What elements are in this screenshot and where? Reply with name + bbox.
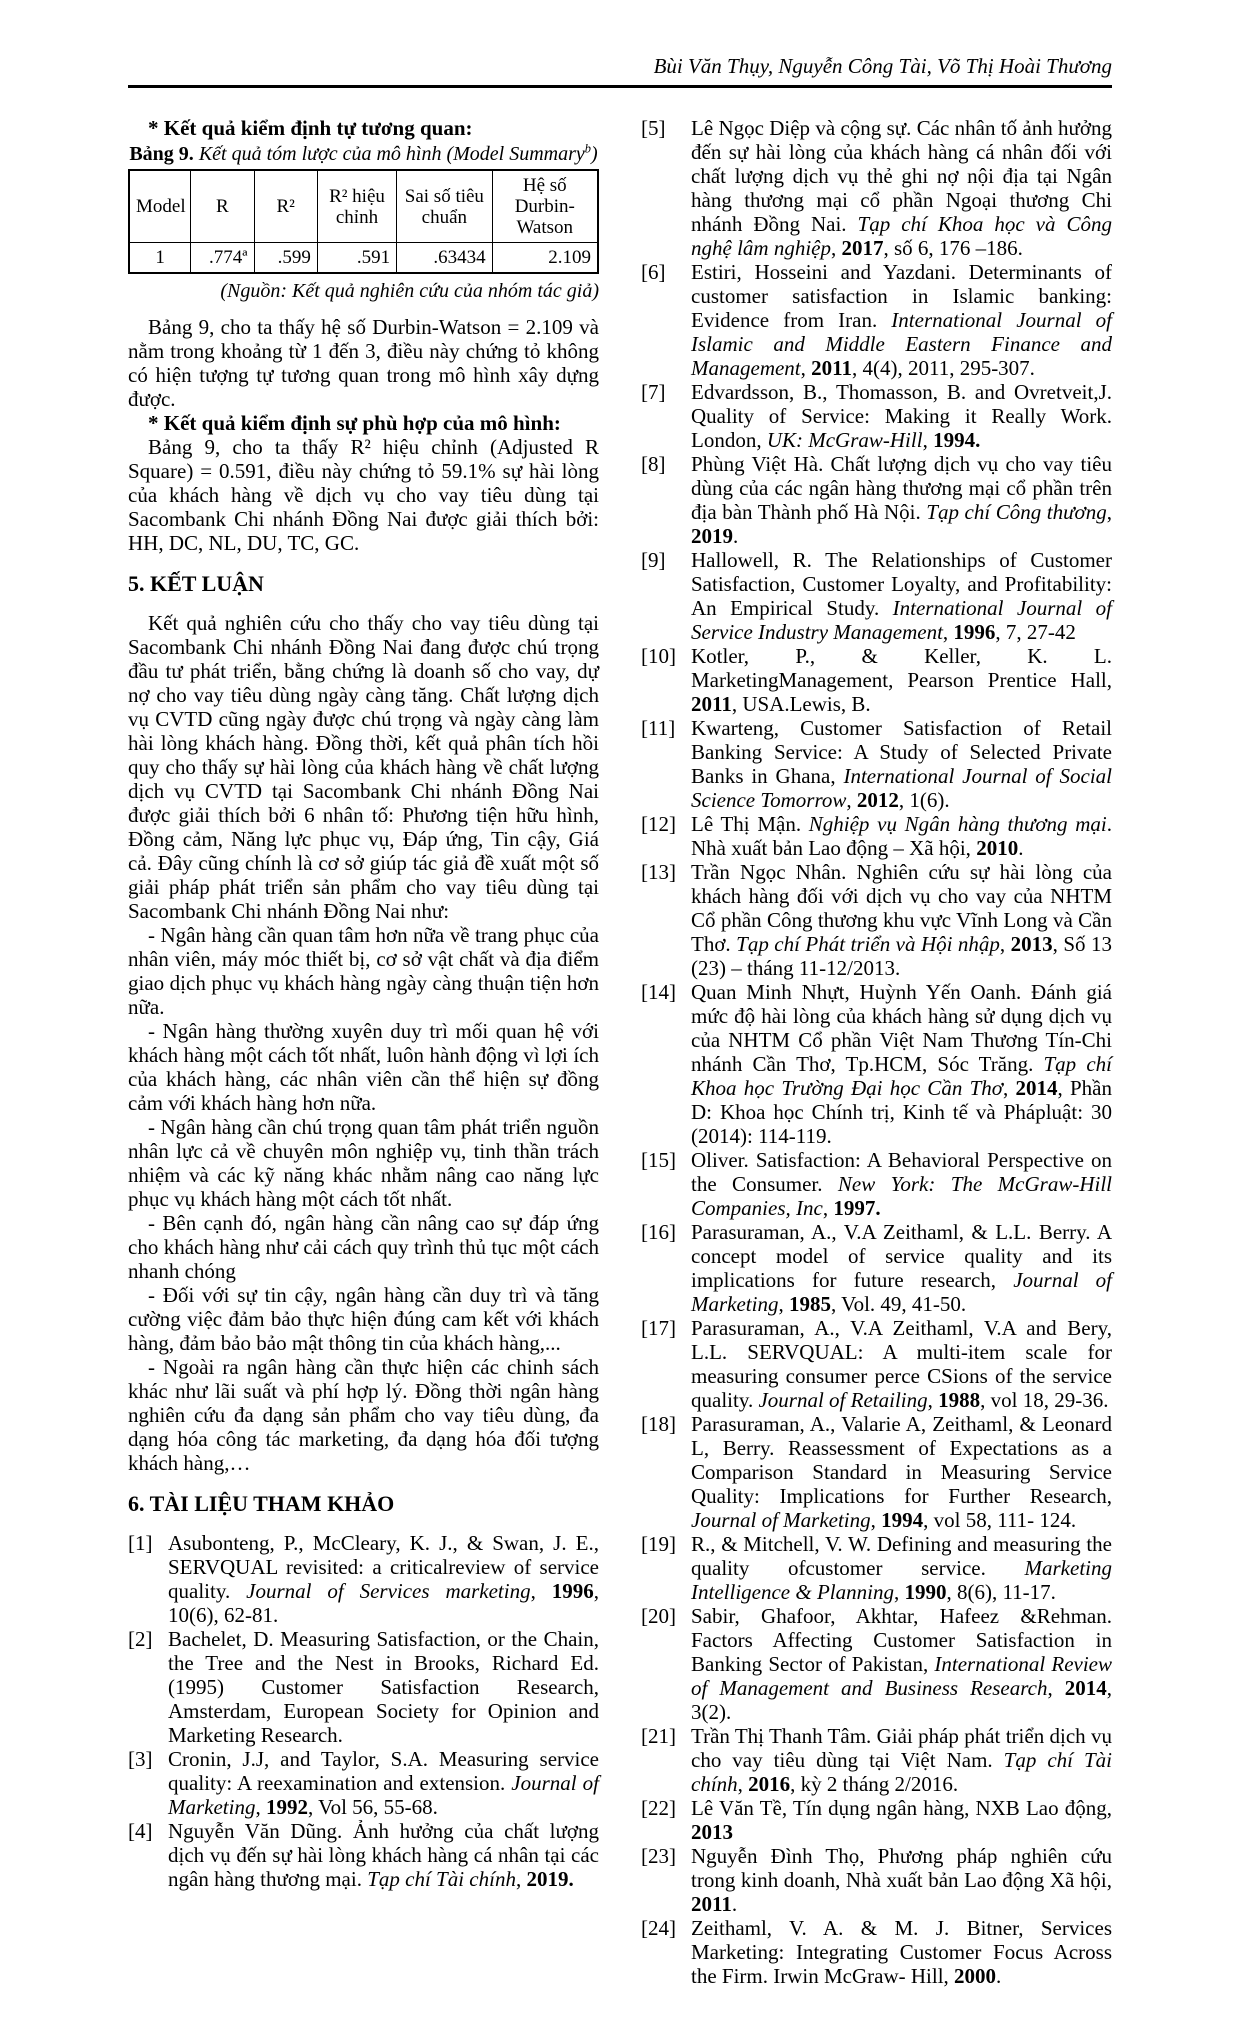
reference-text: Quan Minh Nhựt, Huỳnh Yến Oanh. Đánh giá… xyxy=(691,980,1112,1148)
reference-item: [8]Phùng Việt Hà. Chất lượng dịch vụ cho… xyxy=(641,452,1112,548)
reference-number: [22] xyxy=(641,1796,691,1844)
reference-text: Asubonteng, P., McCleary, K. J., & Swan,… xyxy=(168,1531,599,1627)
reference-text: Hallowell, R. The Relationships of Custo… xyxy=(691,548,1112,644)
table-header-cell: R xyxy=(191,170,254,243)
reference-item: [3]Cronin, J.J, and Taylor, S.A. Measuri… xyxy=(128,1747,599,1819)
reference-number: [15] xyxy=(641,1148,691,1220)
reference-number: [4] xyxy=(128,1819,168,1891)
reference-number: [14] xyxy=(641,980,691,1148)
reference-text: Sabir, Ghafoor, Akhtar, Hafeez &Rehman. … xyxy=(691,1604,1112,1724)
reference-number: [24] xyxy=(641,1916,691,1988)
section-5-heading: 5. KẾT LUẬN xyxy=(128,572,599,596)
table-cell: .599 xyxy=(254,243,317,274)
header-rule xyxy=(128,85,1112,88)
reference-text: Lê Văn Tề, Tín dụng ngân hàng, NXB Lao đ… xyxy=(691,1796,1112,1844)
table-header-row: ModelRR²R² hiệu chỉnhSai số tiêu chuẩnHệ… xyxy=(129,170,598,243)
reference-text: Kwarteng, Customer Satisfaction of Retai… xyxy=(691,716,1112,812)
reference-text: Trần Thị Thanh Tâm. Giải pháp phát triển… xyxy=(691,1724,1112,1796)
reference-text: Lê Ngọc Diệp và cộng sự. Các nhân tố ảnh… xyxy=(691,116,1112,260)
paragraph: - Ngoài ra ngân hàng cần thực hiện các c… xyxy=(128,1355,599,1475)
reference-item: [16]Parasuraman, A., V.A Zeithaml, & L.L… xyxy=(641,1220,1112,1316)
reference-item: [22]Lê Văn Tề, Tín dụng ngân hàng, NXB L… xyxy=(641,1796,1112,1844)
model-summary-table: ModelRR²R² hiệu chỉnhSai số tiêu chuẩnHệ… xyxy=(128,169,599,274)
reference-item: [18]Parasuraman, A., Valarie A, Zeithaml… xyxy=(641,1412,1112,1532)
reference-item: [11]Kwarteng, Customer Satisfaction of R… xyxy=(641,716,1112,812)
reference-text: Parasuraman, A., Valarie A, Zeithaml, & … xyxy=(691,1412,1112,1532)
paragraph: - Bên cạnh đó, ngân hàng cần nâng cao sự… xyxy=(128,1211,599,1283)
table-source-note: (Nguồn: Kết quả nghiên cứu của nhóm tác … xyxy=(128,279,599,303)
right-column: [5]Lê Ngọc Diệp và cộng sự. Các nhân tố … xyxy=(641,116,1112,1988)
reference-item: [21]Trần Thị Thanh Tâm. Giải pháp phát t… xyxy=(641,1724,1112,1796)
reference-number: [18] xyxy=(641,1412,691,1532)
table-header-cell: Hệ số Durbin-Watson xyxy=(492,170,598,243)
table-cell: .774ª xyxy=(191,243,254,274)
reference-number: [20] xyxy=(641,1604,691,1724)
reference-number: [16] xyxy=(641,1220,691,1316)
reference-item: [12]Lê Thị Mận. Nghiệp vụ Ngân hàng thươ… xyxy=(641,812,1112,860)
reference-number: [10] xyxy=(641,644,691,716)
reference-text: Nguyễn Đình Thọ, Phương pháp nghiên cứu … xyxy=(691,1844,1112,1916)
fit-paragraph: Bảng 9, cho ta thấy R² hiệu chỉnh (Adjus… xyxy=(128,435,599,555)
autocorrelation-heading: * Kết quả kiểm định tự tương quan: xyxy=(128,116,599,140)
reference-item: [15]Oliver. Satisfaction: A Behavioral P… xyxy=(641,1148,1112,1220)
reference-item: [1]Asubonteng, P., McCleary, K. J., & Sw… xyxy=(128,1531,599,1627)
reference-item: [4]Nguyễn Văn Dũng. Ảnh hưởng của chất l… xyxy=(128,1819,599,1891)
reference-text: Phùng Việt Hà. Chất lượng dịch vụ cho va… xyxy=(691,452,1112,548)
table-header-cell: Sai số tiêu chuẩn xyxy=(397,170,492,243)
reference-text: Trần Ngọc Nhân. Nghiên cứu sự hài lòng c… xyxy=(691,860,1112,980)
durbin-watson-paragraph: Bảng 9, cho ta thấy hệ số Durbin-Watson … xyxy=(128,315,599,411)
running-head-authors: Bùi Văn Thụy, Nguyễn Công Tài, Võ Thị Ho… xyxy=(128,54,1112,78)
reference-item: [13]Trần Ngọc Nhân. Nghiên cứu sự hài lò… xyxy=(641,860,1112,980)
reference-number: [19] xyxy=(641,1532,691,1604)
table-row: 1.774ª.599.591.634342.109 xyxy=(129,243,598,274)
reference-text: Zeithaml, V. A. & M. J. Bitner, Services… xyxy=(691,1916,1112,1988)
reference-text: Edvardsson, B., Thomasson, B. and Ovretv… xyxy=(691,380,1112,452)
table-header-cell: R² hiệu chỉnh xyxy=(317,170,396,243)
conclusion-paragraphs: Kết quả nghiên cứu cho thấy cho vay tiêu… xyxy=(128,611,599,1475)
fit-test-heading: * Kết quả kiểm định sự phù hợp của mô hì… xyxy=(128,411,599,435)
reference-number: [2] xyxy=(128,1627,168,1747)
reference-number: [9] xyxy=(641,548,691,644)
table-header-cell: Model xyxy=(129,170,191,243)
reference-text: Lê Thị Mận. Nghiệp vụ Ngân hàng thương m… xyxy=(691,812,1112,860)
reference-text: Parasuraman, A., V.A Zeithaml, & L.L. Be… xyxy=(691,1220,1112,1316)
table-cell: .63434 xyxy=(397,243,492,274)
reference-number: [17] xyxy=(641,1316,691,1412)
paragraph: Kết quả nghiên cứu cho thấy cho vay tiêu… xyxy=(128,611,599,923)
section-6-heading: 6. TÀI LIỆU THAM KHẢO xyxy=(128,1492,599,1516)
reference-number: [5] xyxy=(641,116,691,260)
table-caption: Bảng 9. Kết quả tóm lược của mô hình (Mo… xyxy=(128,143,599,166)
reference-number: [7] xyxy=(641,380,691,452)
reference-item: [6]Estiri, Hosseini and Yazdani. Determi… xyxy=(641,260,1112,380)
table-header-cell: R² xyxy=(254,170,317,243)
table-cell: 2.109 xyxy=(492,243,598,274)
reference-number: [6] xyxy=(641,260,691,380)
reference-number: [23] xyxy=(641,1844,691,1916)
reference-item: [17]Parasuraman, A., V.A Zeithaml, V.A a… xyxy=(641,1316,1112,1412)
reference-item: [7]Edvardsson, B., Thomasson, B. and Ovr… xyxy=(641,380,1112,452)
reference-item: [9]Hallowell, R. The Relationships of Cu… xyxy=(641,548,1112,644)
paragraph: - Ngân hàng cần chú trọng quan tâm phát … xyxy=(128,1115,599,1211)
paragraph: - Ngân hàng cần quan tâm hơn nữa về tran… xyxy=(128,923,599,1019)
reference-number: [12] xyxy=(641,812,691,860)
reference-list-right: [5]Lê Ngọc Diệp và cộng sự. Các nhân tố … xyxy=(641,116,1112,1988)
table-cell: 1 xyxy=(129,243,191,274)
reference-item: [23]Nguyễn Đình Thọ, Phương pháp nghiên … xyxy=(641,1844,1112,1916)
reference-number: [8] xyxy=(641,452,691,548)
reference-text: Bachelet, D. Measuring Satisfaction, or … xyxy=(168,1627,599,1747)
left-column: * Kết quả kiểm định tự tương quan: Bảng … xyxy=(128,116,599,1891)
reference-number: [3] xyxy=(128,1747,168,1819)
reference-item: [10]Kotler, P., & Keller, K. L. Marketin… xyxy=(641,644,1112,716)
reference-number: [21] xyxy=(641,1724,691,1796)
reference-item: [14]Quan Minh Nhựt, Huỳnh Yến Oanh. Đánh… xyxy=(641,980,1112,1148)
reference-text: Cronin, J.J, and Taylor, S.A. Measuring … xyxy=(168,1747,599,1819)
reference-number: [1] xyxy=(128,1531,168,1627)
reference-text: Kotler, P., & Keller, K. L. MarketingMan… xyxy=(691,644,1112,716)
reference-text: R., & Mitchell, V. W. Defining and measu… xyxy=(691,1532,1112,1604)
reference-list-left: [1]Asubonteng, P., McCleary, K. J., & Sw… xyxy=(128,1531,599,1891)
reference-text: Estiri, Hosseini and Yazdani. Determinan… xyxy=(691,260,1112,380)
paragraph: - Đối với sự tin cậy, ngân hàng cần duy … xyxy=(128,1283,599,1355)
reference-item: [19]R., & Mitchell, V. W. Defining and m… xyxy=(641,1532,1112,1604)
reference-number: [13] xyxy=(641,860,691,980)
table-cell: .591 xyxy=(317,243,396,274)
reference-text: Oliver. Satisfaction: A Behavioral Persp… xyxy=(691,1148,1112,1220)
paper-page: Bùi Văn Thụy, Nguyễn Công Tài, Võ Thị Ho… xyxy=(0,0,1240,2028)
reference-text: Parasuraman, A., V.A Zeithaml, V.A and B… xyxy=(691,1316,1112,1412)
two-column-layout: * Kết quả kiểm định tự tương quan: Bảng … xyxy=(128,116,1112,1988)
reference-item: [2]Bachelet, D. Measuring Satisfaction, … xyxy=(128,1627,599,1747)
reference-number: [11] xyxy=(641,716,691,812)
reference-item: [24]Zeithaml, V. A. & M. J. Bitner, Serv… xyxy=(641,1916,1112,1988)
reference-item: [5]Lê Ngọc Diệp và cộng sự. Các nhân tố … xyxy=(641,116,1112,260)
reference-text: Nguyễn Văn Dũng. Ảnh hưởng của chất lượn… xyxy=(168,1819,599,1891)
paragraph: - Ngân hàng thường xuyên duy trì mối qua… xyxy=(128,1019,599,1115)
reference-item: [20]Sabir, Ghafoor, Akhtar, Hafeez &Rehm… xyxy=(641,1604,1112,1724)
